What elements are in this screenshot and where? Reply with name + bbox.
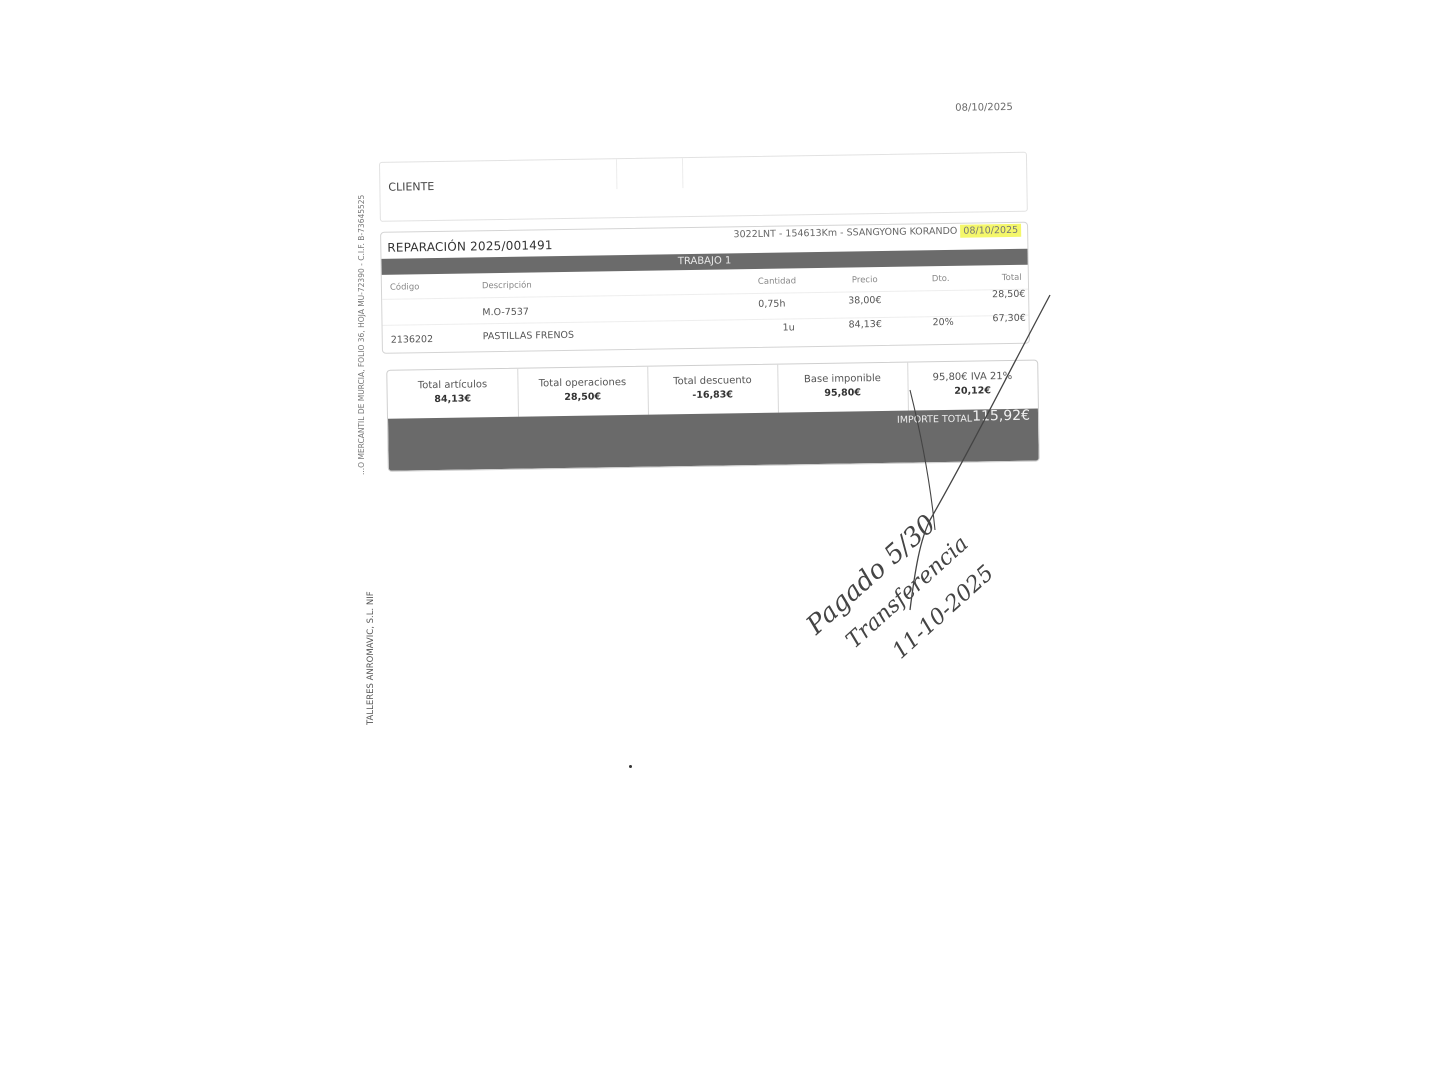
vehicle-details: 3022LNT - 154613Km - SSANGYONG KORANDO (733, 226, 957, 241)
row-divider (382, 289, 1028, 300)
highlighted-date: 08/10/2025 (960, 224, 1021, 238)
iva: 95,80€ IVA 21% 20,12€ (907, 361, 1038, 411)
total-label: Total operaciones (517, 377, 647, 390)
total-label: Total artículos (387, 379, 517, 392)
company-side-text: TALLERES ANROMAVIC, S.L. NIF (366, 591, 376, 725)
cell-precio: 38,00€ (848, 295, 881, 307)
cell-descripcion: M.O-7537 (482, 307, 529, 319)
client-box: CLIENTE (379, 152, 1028, 222)
grand-total-value: 115,92€ (972, 408, 1030, 425)
registry-side-text: ...O MERCANTIL DE MURCIA, FOLIO 36, HOJA… (357, 195, 366, 475)
total-descuento: Total descuento -16,83€ (647, 365, 779, 415)
total-articulos: Total artículos 84,13€ (387, 369, 519, 419)
col-header-codigo: Código (390, 282, 420, 292)
total-value: -16,83€ (648, 389, 778, 402)
total-value: 95,80€ (778, 387, 908, 400)
total-value: 84,13€ (388, 393, 518, 406)
col-header-cantidad: Cantidad (758, 276, 796, 287)
handwritten-line-3: 11-10-2025 (888, 561, 999, 664)
cell-cantidad: 0,75h (758, 299, 785, 310)
handwritten-line-2: Transferencia (842, 531, 974, 653)
cell-codigo: 2136202 (391, 334, 433, 346)
col-header-total: Total (1002, 273, 1022, 283)
divider (682, 158, 683, 188)
total-operaciones: Total operaciones 28,50€ (517, 367, 649, 417)
document-date: 08/10/2025 (955, 102, 1013, 114)
grand-total-bar: IMPORTE TOTAL 115,92€ (388, 409, 1039, 471)
total-value: 20,12€ (908, 385, 1038, 398)
invoice-document: 08/10/2025 CLIENTE REPARACIÓN 2025/00149… (370, 89, 1056, 500)
repair-box: REPARACIÓN 2025/001491 3022LNT - 154613K… (380, 222, 1030, 354)
vehicle-info: 3022LNT - 154613Km - SSANGYONG KORANDO 0… (733, 225, 1021, 241)
cell-total: 67,30€ (992, 313, 1025, 325)
total-label: Base imponible (777, 373, 907, 386)
divider (616, 159, 617, 189)
repair-title: REPARACIÓN 2025/001491 (387, 238, 553, 255)
grand-total-label: IMPORTE TOTAL (897, 414, 972, 426)
scan-speck (629, 765, 632, 768)
col-header-precio: Precio (852, 275, 878, 285)
client-label: CLIENTE (388, 180, 434, 194)
handwritten-line-1: Pagado 5/30 (801, 509, 942, 640)
cell-cantidad: 1u (783, 322, 795, 333)
cell-dto: 20% (932, 317, 953, 328)
cell-total: 28,50€ (992, 289, 1025, 301)
cell-descripcion: PASTILLAS FRENOS (483, 330, 574, 342)
totals-summary: Total artículos 84,13€ Total operaciones… (386, 360, 1040, 472)
total-label: Total descuento (647, 375, 777, 388)
base-imponible: Base imponible 95,80€ (777, 363, 909, 413)
cell-precio: 84,13€ (849, 319, 882, 331)
scanned-page: 08/10/2025 CLIENTE REPARACIÓN 2025/00149… (0, 0, 1440, 1080)
col-header-descripcion: Descripción (482, 280, 532, 291)
col-header-dto: Dto. (932, 274, 950, 284)
total-label: 95,80€ IVA 21% (907, 371, 1037, 384)
total-value: 28,50€ (518, 391, 648, 404)
